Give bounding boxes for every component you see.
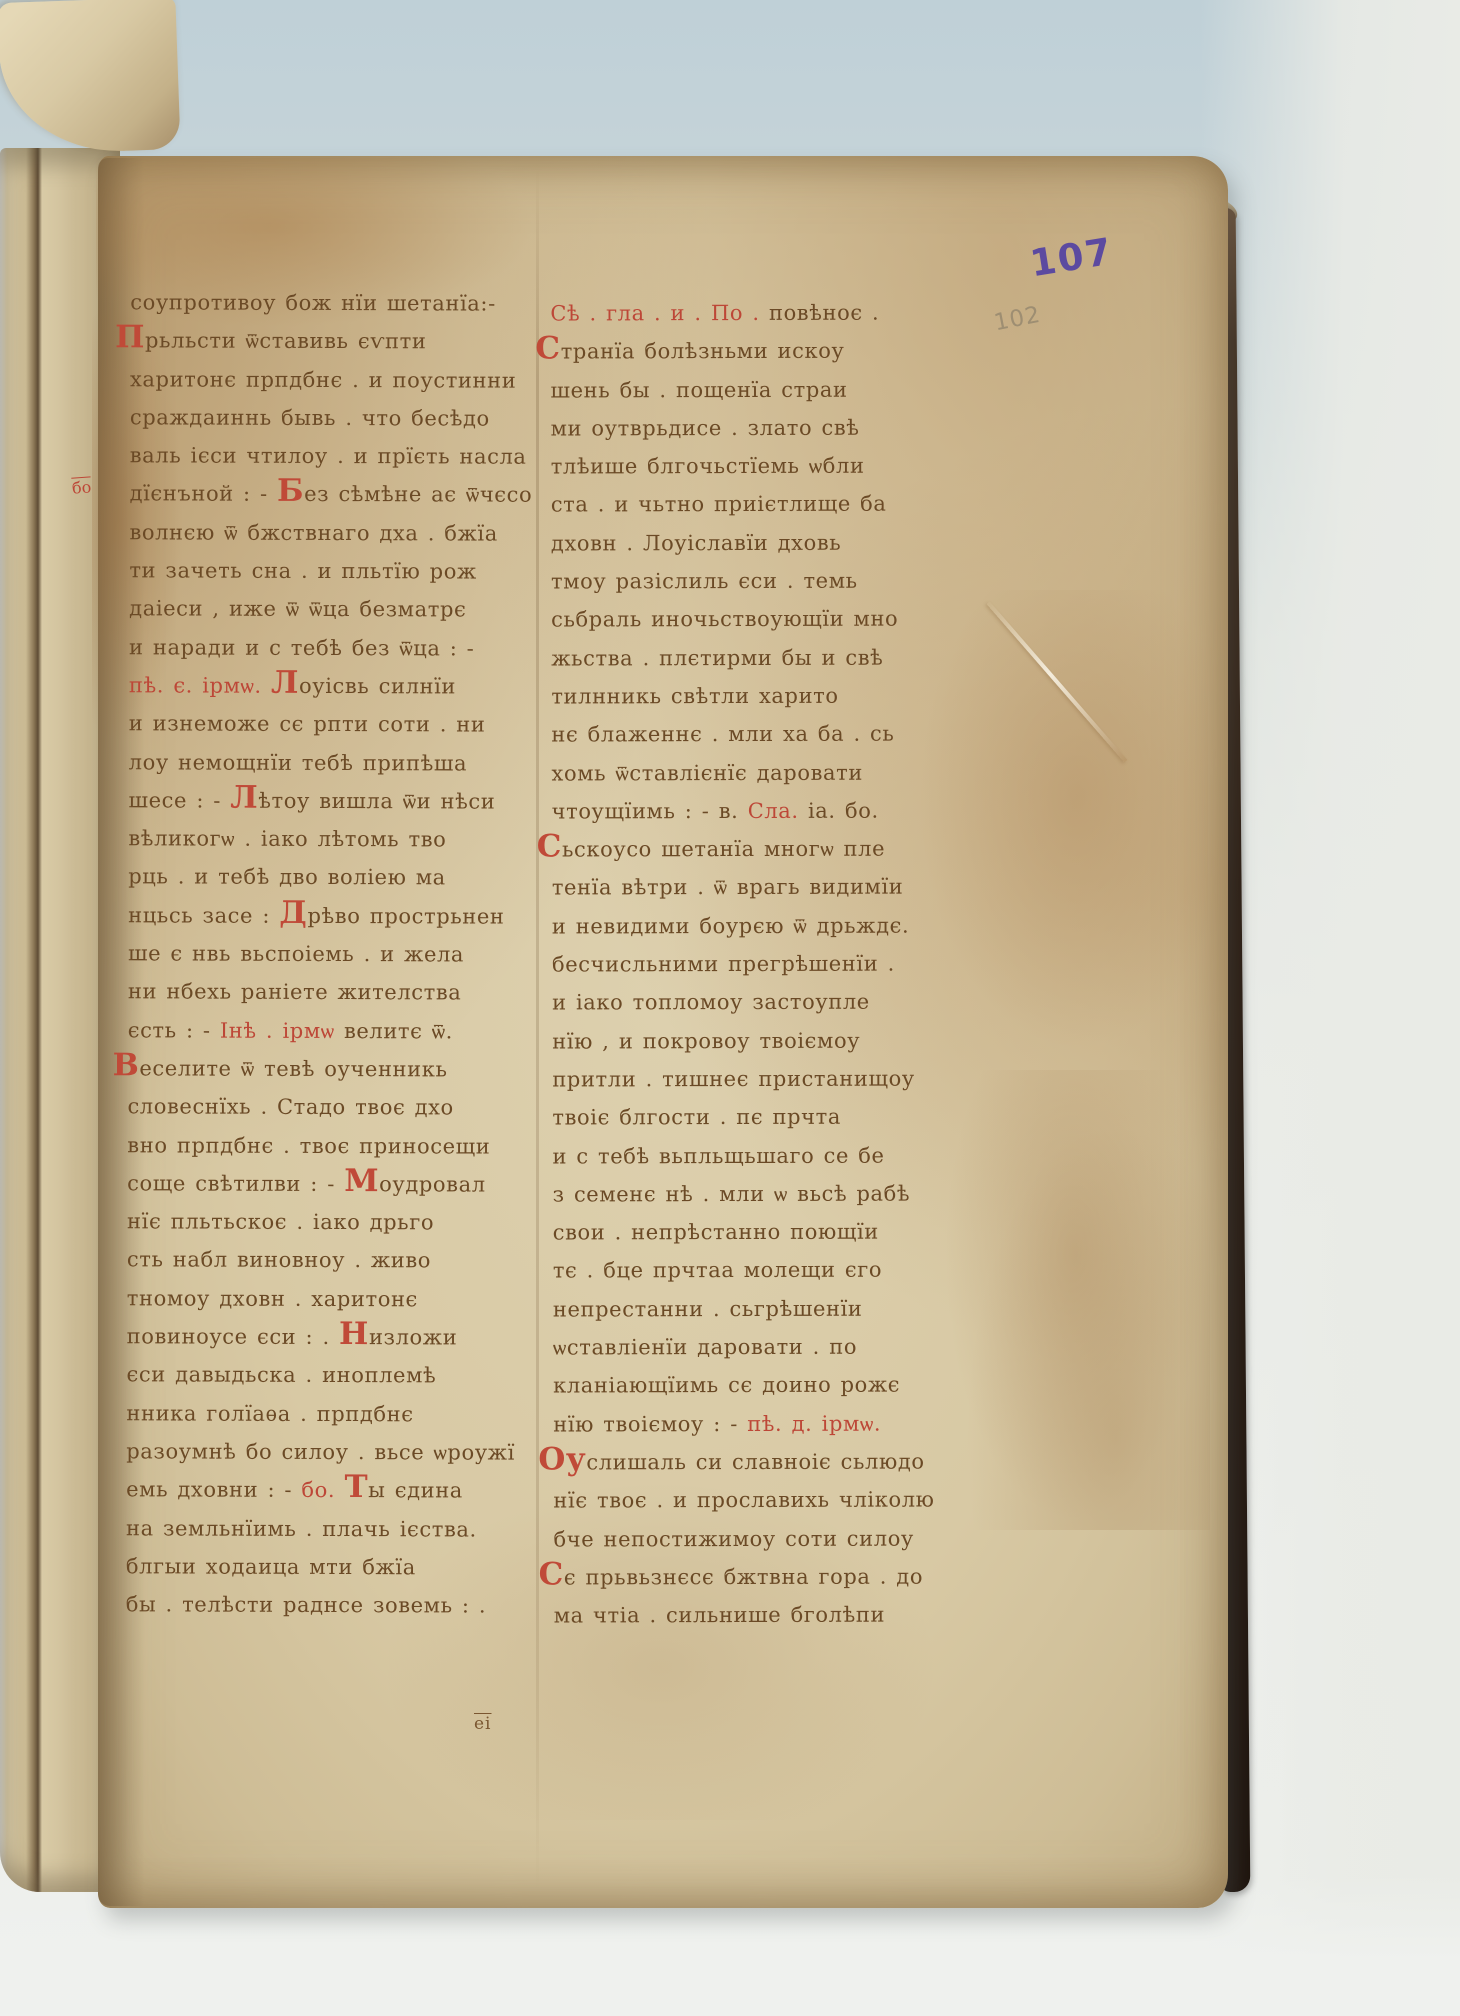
rubric-initial: С bbox=[539, 1556, 564, 1592]
manuscript-line: тенїа вѣтри . ѿ врагь видимїи bbox=[552, 868, 933, 907]
rubric-initial: С bbox=[537, 829, 562, 865]
manuscript-line: твоіє блгости . пє прчта bbox=[552, 1098, 933, 1137]
manuscript-line: Прьльсти ѿставивь єѵпти bbox=[115, 322, 533, 362]
manuscript-line: ше є нвь вьспоіемь . и жела bbox=[128, 934, 531, 974]
margin-gloss: бо bbox=[71, 477, 92, 497]
manuscript-line: нїє твоє . и прославихь чліколю bbox=[553, 1481, 934, 1520]
rubric-initial: Н bbox=[339, 1316, 369, 1352]
manuscript-line: лоу немощнїи тебѣ припѣша bbox=[129, 743, 532, 783]
manuscript-line: рць . и тебѣ дво воліею ма bbox=[128, 858, 531, 898]
manuscript-line: повиноусе єси : . Низложи bbox=[127, 1317, 530, 1357]
manuscript-line: непрестанни . сьгрѣшенїи bbox=[553, 1289, 934, 1328]
manuscript-line: и невидими боурєю ѿ дрьждє. bbox=[552, 906, 933, 945]
manuscript-line: тномоу дховн . харитонє bbox=[127, 1279, 530, 1319]
manuscript-line: емь дховни : - бо. Ты єдина bbox=[126, 1470, 529, 1510]
manuscript-line: ѡставліенїи даровати . по bbox=[553, 1328, 934, 1367]
manuscript-line: тмоу разіслиль єси . темь bbox=[551, 562, 932, 601]
manuscript-line: блгыи ходаица мти бжїа bbox=[126, 1547, 529, 1587]
rubric-initial: Оу bbox=[538, 1441, 586, 1477]
manuscript-line: бче непостижимоу соти силоу bbox=[553, 1519, 934, 1558]
manuscript-line: кланіающїимь сє доино рожє bbox=[553, 1366, 934, 1405]
manuscript-line: притли . тишнеє пристанищоу bbox=[552, 1059, 933, 1098]
text-column-left: соупротивоу бож нїи шетанїа:-Прьльсти ѿс… bbox=[126, 283, 533, 1625]
manuscript-line: и изнеможе сє рпти соти . ни bbox=[129, 705, 532, 745]
manuscript-line: и с тебѣ вьпльщьшаго се бе bbox=[552, 1136, 933, 1175]
manuscript-line: тлѣише блгочьстїемь ѡбли bbox=[551, 447, 932, 486]
manuscript-line: шесе : - Лѣтоу вишла ѿи нѣси bbox=[128, 781, 531, 821]
quire-signature: еі bbox=[474, 1714, 492, 1734]
manuscript-line: волнєю ѿ бжствнаго дха . бжїа bbox=[129, 513, 532, 553]
manuscript-line: бесчисльними прегрѣшенїи . bbox=[552, 945, 933, 984]
manuscript-line: ти зачеть сна . и пльтїю рож bbox=[129, 551, 532, 591]
rubric-initial: Б bbox=[277, 473, 304, 509]
manuscript-line: Оуслишаль си славноіє сьлюдо bbox=[538, 1442, 934, 1481]
manuscript-line: сраждаиннь бывь . что бесѣдо bbox=[130, 398, 533, 438]
manuscript-line: Сьскоусо шетанїа многѡ пле bbox=[537, 830, 933, 869]
manuscript-line: валь ієси чтилоу . и прїєть насла bbox=[130, 436, 533, 476]
manuscript-line: соупротивоу бож нїи шетанїа:- bbox=[130, 283, 533, 323]
manuscript-line: пѣ. є. ірмѡ. Лоуісвь силнїи bbox=[129, 666, 532, 706]
manuscript-line: сьбраль иночьствоующїи мно bbox=[551, 600, 932, 639]
manuscript-line: чтоущїимь : - в. Сла. іа. бо. bbox=[552, 791, 933, 830]
manuscript-line: єсть : - Інѣ . ірмѡ велитє ѿ. bbox=[128, 1011, 531, 1051]
rubric-initial: В bbox=[113, 1047, 140, 1083]
manuscript-line: нника голїаѳа . прпдбнє bbox=[126, 1394, 529, 1434]
manuscript-line: хомь ѿставлієнїє даровати bbox=[551, 753, 932, 792]
manuscript-line: бы . телѣсти раднсе зовемь : . bbox=[126, 1585, 529, 1625]
manuscript-line: нцьсь засе : Дрѣво прострьнен bbox=[128, 896, 531, 936]
manuscript-line: нїю твоіємоу : - пѣ. д. ірмѡ. bbox=[553, 1404, 934, 1443]
manuscript-line: даіеси , иже ѿ ѿца безматрє bbox=[129, 590, 532, 630]
manuscript-line: ста . и чьтно приієтлище ба bbox=[551, 485, 932, 524]
manuscript-line: вно прпдбнє . твоє приносещи bbox=[127, 1126, 530, 1166]
rubric-initial: Д bbox=[279, 895, 307, 931]
manuscript-line: нїє пльтьскоє . іако дрьго bbox=[127, 1202, 530, 1242]
manuscript-line: Сє прьвьзнєсє бжтвна гора . до bbox=[539, 1557, 935, 1596]
manuscript-line: нїю , и покровоу твоіємоу bbox=[552, 1021, 933, 1060]
manuscript-line: и наради и с тебѣ без ѿца : - bbox=[129, 628, 532, 668]
manuscript-line: ми оутврьдисе . злато свѣ bbox=[551, 408, 932, 447]
manuscript-line: тє . бце прчтаа молещи єго bbox=[553, 1251, 934, 1290]
manuscript-line: и іако топломоу застоупле bbox=[552, 983, 933, 1022]
rubric-initial: С bbox=[535, 331, 560, 367]
manuscript-line: нє блаженнє . мли ха ба . сь bbox=[551, 715, 932, 754]
manuscript-line: харитонє прпдбнє . и поустинни bbox=[130, 360, 533, 400]
text-column-right: Сѣ . гла . и . По . повѣноє .Странїа бол… bbox=[550, 294, 935, 1635]
manuscript-line: жьства . плєтирми бы и свѣ bbox=[551, 638, 932, 677]
manuscript-line: Сѣ . гла . и . По . повѣноє . bbox=[550, 294, 931, 333]
manuscript-line: Странїа болѣзньми искоу bbox=[535, 332, 931, 371]
manuscript-line: з семенє нѣ . мли ѡ вьсѣ рабѣ bbox=[553, 1174, 934, 1213]
manuscript-line: ма чтіа . сильнише бголѣпи bbox=[554, 1596, 935, 1635]
manuscript-line: дховн . Лоуіславїи дховь bbox=[551, 523, 932, 562]
manuscript-line: дїєнъной : - Без сѣмѣне ає ѿчєсо bbox=[130, 475, 533, 515]
manuscript-line: разоумнѣ бо силоу . вьсе ѡроужї bbox=[126, 1432, 529, 1472]
manuscript-line: на земльнїимь . плачь ієства. bbox=[126, 1509, 529, 1549]
manuscript-line: соще свѣтилви : - Моудровал bbox=[127, 1164, 530, 1204]
rubric-initial: П bbox=[115, 320, 145, 356]
corner-curl bbox=[0, 0, 181, 155]
manuscript-photo: соупротивоу бож нїи шетанїа:-Прьльсти ѿс… bbox=[0, 0, 1460, 2016]
manuscript-line: єси давыдьска . иноплемѣ bbox=[126, 1356, 529, 1396]
rubric-initial: Т bbox=[344, 1469, 368, 1505]
rubric-initial: Л bbox=[230, 780, 258, 816]
manuscript-line: вѣликогѡ . іако лѣтомь тво bbox=[128, 819, 531, 859]
manuscript-line: словеснїхь . Стадо твоє дхо bbox=[127, 1088, 530, 1128]
manuscript-line: свои . непрѣстанно поющїи bbox=[553, 1213, 934, 1252]
manuscript-line: сть набл виновноу . живо bbox=[127, 1241, 530, 1281]
manuscript-line: шень бы . пощенїа страи bbox=[550, 370, 931, 409]
rubric-initial: Л bbox=[271, 665, 299, 701]
manuscript-line: тилнникь свѣтли харито bbox=[551, 676, 932, 715]
manuscript-line: ни нбехь раніете жителства bbox=[128, 973, 531, 1013]
manuscript-line: Веселите ѿ тевѣ оученникь bbox=[113, 1049, 531, 1089]
rubric-initial: М bbox=[344, 1163, 379, 1199]
